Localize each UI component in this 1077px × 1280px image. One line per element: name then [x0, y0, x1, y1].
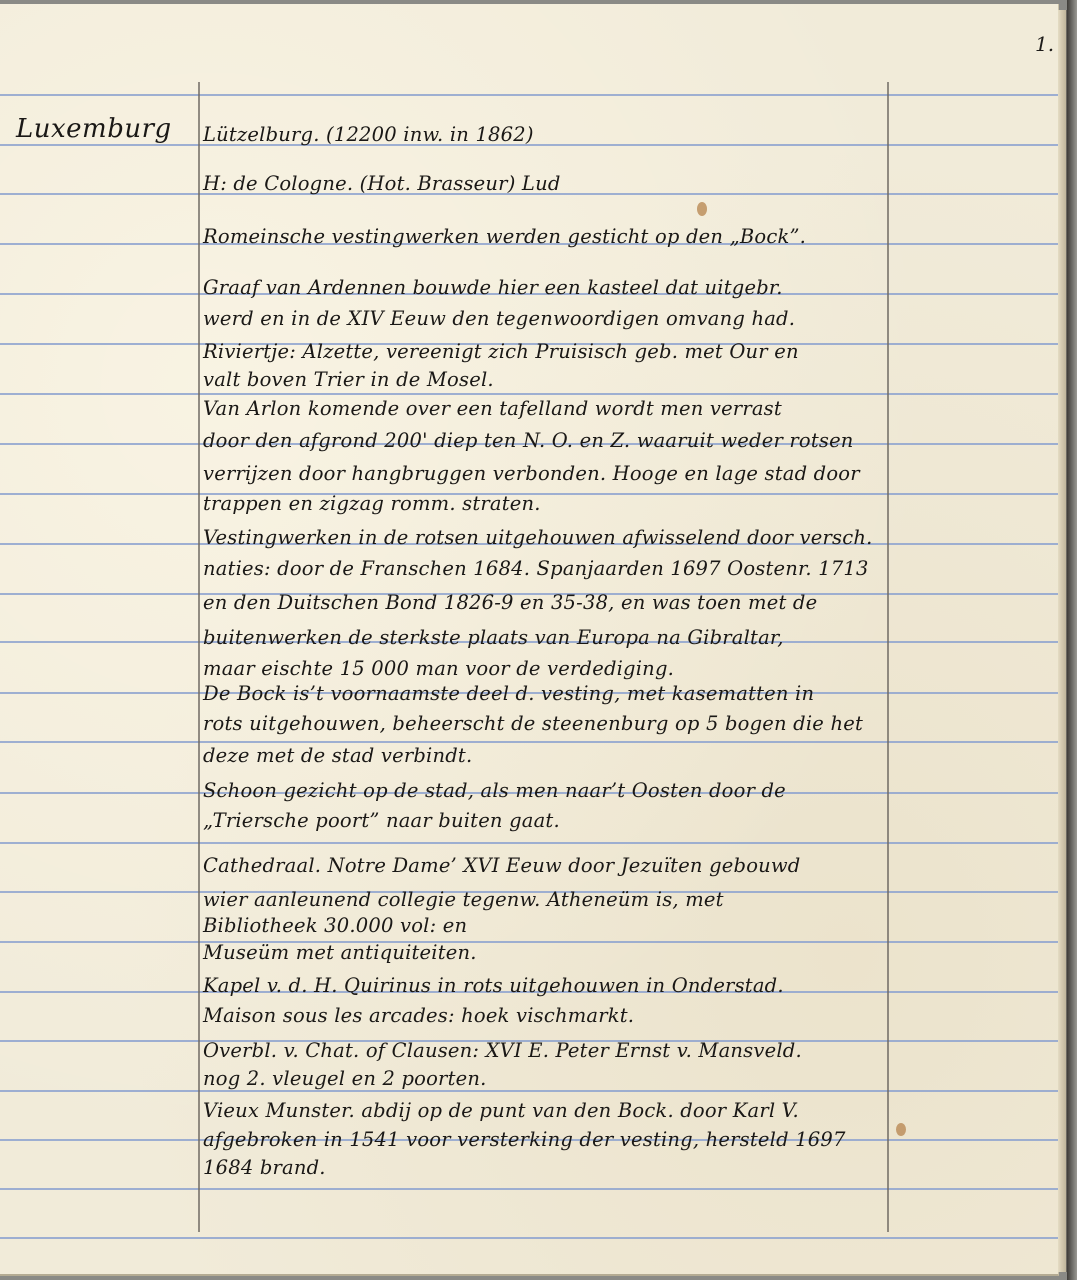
ruled-line: [0, 1188, 1058, 1190]
note-line: verrijzen door hangbruggen verbonden. Ho…: [203, 462, 860, 485]
ruled-line: [0, 741, 1058, 743]
ruled-line: [0, 393, 1058, 395]
note-line: en den Duitschen Bond 1826-9 en 35-38, e…: [203, 591, 817, 614]
notebook-page: 1. Luxemburg Lützelburg. (12200 inw. in …: [0, 4, 1059, 1276]
page-number: 1.: [1035, 32, 1054, 56]
ruled-line: [0, 941, 1058, 943]
note-line: 1684 brand.: [203, 1156, 326, 1179]
ink-stain: [697, 202, 707, 216]
note-line: buitenwerken de sterkste plaats van Euro…: [203, 626, 784, 649]
note-line: Museüm met antiquiteiten.: [203, 941, 477, 964]
note-line: Graaf van Ardennen bouwde hier een kaste…: [203, 276, 783, 299]
ruled-line: [0, 1090, 1058, 1092]
place-heading: Luxemburg: [16, 114, 172, 144]
note-line: deze met de stad verbindt.: [203, 744, 472, 767]
note-line: Vieux Munster. abdij op de punt van den …: [203, 1099, 799, 1122]
note-line: door den afgrond 200' diep ten N. O. en …: [203, 429, 854, 452]
note-line: afgebroken in 1541 voor versterking der …: [203, 1128, 846, 1151]
note-line: trappen en zigzag romm. straten.: [203, 492, 541, 515]
note-line: Overbl. v. Chat. of Clausen: XVI E. Pete…: [203, 1039, 802, 1062]
note-line: Van Arlon komende over een tafelland wor…: [203, 397, 782, 420]
note-line: Maison sous les arcades: hoek vischmarkt…: [203, 1004, 634, 1027]
note-line: rots uitgehouwen, beheerscht de steenenb…: [203, 712, 863, 735]
note-line: valt boven Trier in de Mosel.: [203, 368, 494, 391]
note-line: Riviertje: Alzette, vereenigt zich Pruis…: [203, 340, 799, 363]
note-line: naties: door de Franschen 1684. Spanjaar…: [203, 557, 869, 580]
ink-stain: [896, 1123, 906, 1136]
note-line: wier aanleunend collegie tegenw. Atheneü…: [203, 888, 724, 911]
note-line: H: de Cologne. (Hot. Brasseur) Lud: [203, 172, 561, 195]
note-line: Cathedraal. Notre Dame’ XVI Eeuw door Je…: [203, 854, 800, 877]
note-line: „Triersche poort” naar buiten gaat.: [203, 809, 560, 832]
note-line: Lützelburg. (12200 inw. in 1862): [203, 123, 534, 146]
note-line: Vestingwerken in de rotsen uitgehouwen a…: [203, 526, 873, 549]
ruled-line: [0, 842, 1058, 844]
note-line: Romeinsche vestingwerken werden gesticht…: [203, 225, 806, 248]
note-line: maar eischte 15 000 man voor de verdedig…: [203, 657, 674, 680]
left-margin-line: [198, 82, 200, 1232]
notebook-cover-edge: [1067, 0, 1077, 1280]
note-line: werd en in de XIV Eeuw den tegenwoordige…: [203, 307, 795, 330]
note-line: Schoon gezicht op de stad, als men naar’…: [203, 779, 786, 802]
stacked-page-edges: [1058, 10, 1067, 1272]
note-line: Kapel v. d. H. Quirinus in rots uitgehou…: [203, 974, 784, 997]
right-margin-line: [887, 82, 889, 1232]
ruled-line: [0, 1237, 1058, 1239]
note-line: Bibliotheek 30.000 vol: en: [203, 914, 467, 937]
note-line: nog 2. vleugel en 2 poorten.: [203, 1067, 487, 1090]
ruled-line: [0, 94, 1058, 96]
note-line: De Bock is’t voornaamste deel d. vesting…: [203, 682, 814, 705]
